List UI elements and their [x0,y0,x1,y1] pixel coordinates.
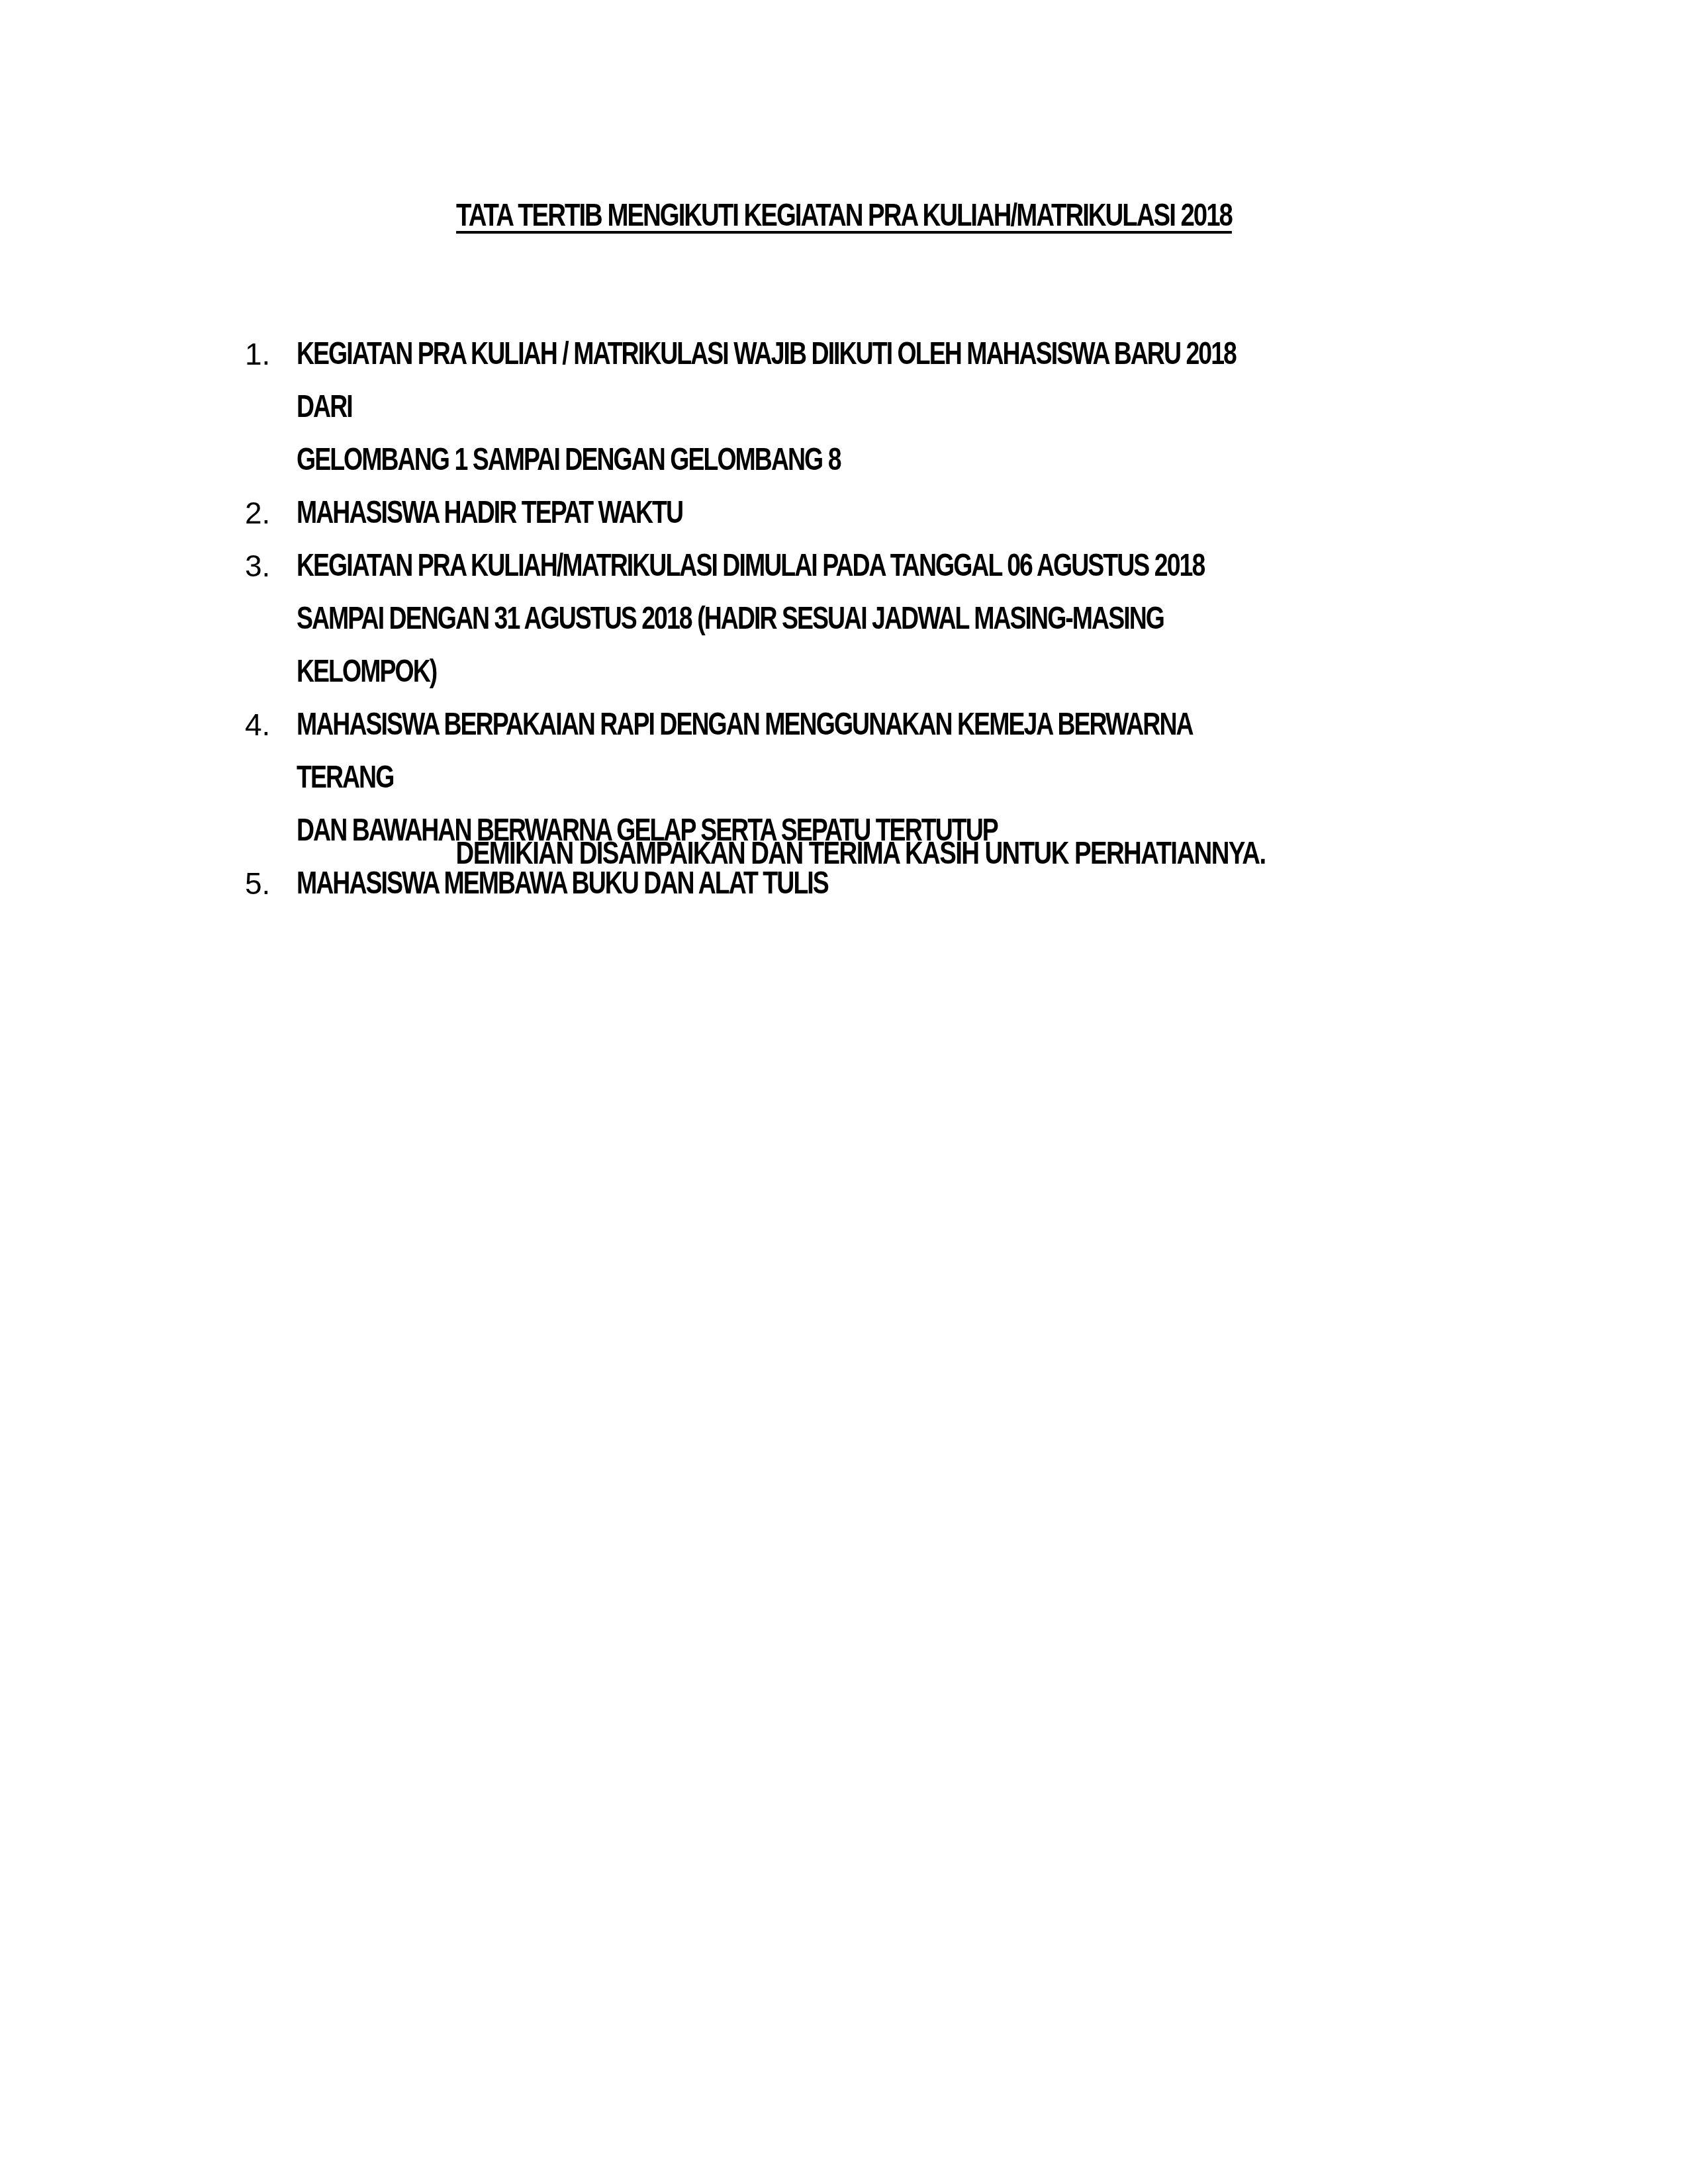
rules-list: 1. KEGIATAN PRA KULIAH / MATRIKULASI WAJ… [245,328,1569,910]
rule-text: KEGIATAN PRA KULIAH/MATRIKULASI DIMULAI … [297,539,1289,698]
document-page: TATA TERTIB MENGIKUTI KEGIATAN PRA KULIA… [0,0,1688,2184]
closing-statement: DEMIKIAN DISAMPAIKAN DAN TERIMA KASIH UN… [185,835,1536,872]
rule-number: 1. [245,328,297,486]
rule-number: 2. [245,486,297,539]
rule-number: 4. [245,698,297,857]
rule-item-2: 2. MAHASISWA HADIR TEPAT WAKTU [245,486,1569,539]
rule-item-1: 1. KEGIATAN PRA KULIAH / MATRIKULASI WAJ… [245,328,1569,486]
rule-item-3: 3. KEGIATAN PRA KULIAH/MATRIKULASI DIMUL… [245,539,1569,698]
document-title: TATA TERTIB MENGIKUTI KEGIATAN PRA KULIA… [169,197,1519,234]
rule-number: 3. [245,539,297,698]
rule-text: KEGIATAN PRA KULIAH / MATRIKULASI WAJIB … [297,328,1289,486]
rule-text: MAHASISWA BERPAKAIAN RAPI DENGAN MENGGUN… [297,698,1289,857]
document-title-text: TATA TERTIB MENGIKUTI KEGIATAN PRA KULIA… [456,198,1232,233]
rule-item-4: 4. MAHASISWA BERPAKAIAN RAPI DENGAN MENG… [245,698,1569,857]
rule-text: MAHASISWA HADIR TEPAT WAKTU [297,486,1289,539]
